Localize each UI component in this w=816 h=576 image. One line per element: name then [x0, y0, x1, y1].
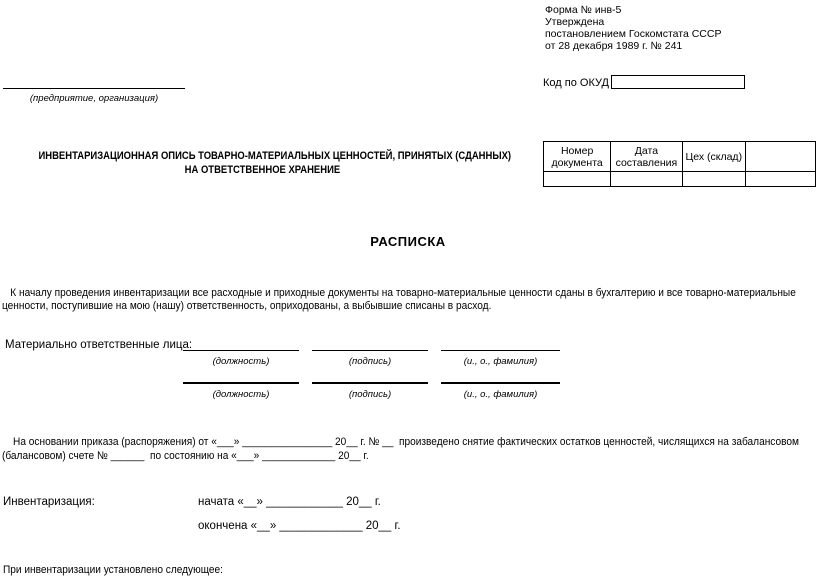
signature-caption-signature: (подпись) — [312, 389, 428, 400]
signature-slot-signature-1: (подпись) — [312, 350, 428, 367]
signature-line — [183, 350, 299, 351]
form-number-line: Форма № инв-5 — [545, 4, 721, 16]
document-info-table: Номер документа Дата составления Цех (ск… — [543, 141, 816, 187]
okud-code-field — [611, 75, 745, 89]
signature-line — [183, 382, 299, 384]
signature-slot-position-1: (должность) — [183, 350, 299, 367]
form-inv-5-page: Форма № инв-5 Утверждена постановлением … — [0, 0, 816, 576]
signature-line — [441, 350, 560, 351]
signature-line — [441, 382, 560, 384]
inventory-label: Инвентаризация: — [3, 496, 95, 508]
order-basis-line-2: (балансовом) счете № ______ по состоянию… — [2, 450, 799, 464]
signature-caption-signature: (подпись) — [312, 356, 428, 367]
order-basis-paragraph: На основании приказа (распоряжения) от «… — [2, 436, 816, 463]
organization-blank-line — [3, 88, 185, 89]
signature-caption-position: (должность) — [183, 356, 299, 367]
header-doc-date: Дата составления — [611, 142, 682, 172]
receipt-paragraph: К началу проведения инвентаризации все р… — [2, 287, 816, 313]
signature-slot-name-1: (и., о., фамилия) — [441, 350, 560, 367]
inventory-started-line: начата «__» ____________ 20__ г. — [198, 496, 381, 508]
approved-line: Утверждена — [545, 16, 721, 28]
receipt-heading: РАСПИСКА — [0, 234, 816, 249]
cell-doc-number — [544, 172, 611, 187]
receipt-paragraph-line-1: К началу проведения инвентаризации все р… — [2, 287, 796, 300]
organization-caption: (предприятие, организация) — [3, 93, 185, 104]
responsible-persons-label: Материально ответственные лица: — [5, 339, 192, 351]
receipt-paragraph-line-2: ценности, поступившие на мою (нашу) отве… — [2, 300, 796, 313]
signature-caption-name: (и., о., фамилия) — [441, 356, 560, 367]
title-line-1: ИНВЕНТАРИЗАЦИОННАЯ ОПИСЬ ТОВАРНО-МАТЕРИА… — [38, 149, 511, 163]
signature-line — [312, 382, 428, 384]
cell-doc-date — [611, 172, 682, 187]
decree-line: постановлением Госкомстата СССР — [545, 28, 721, 40]
okud-label: Код по ОКУД — [543, 77, 609, 89]
signature-line — [312, 350, 428, 351]
cell-warehouse — [682, 172, 745, 187]
findings-lead-in-text: При инвентаризации установлено следующее… — [3, 564, 223, 576]
signature-slot-position-2: (должность) — [183, 382, 299, 400]
signature-caption-position: (должность) — [183, 389, 299, 400]
title-line-2: НА ОТВЕТСТВЕННОЕ ХРАНЕНИЕ — [185, 163, 341, 177]
header-warehouse: Цех (склад) — [682, 142, 745, 172]
findings-lead-in: При инвентаризации установлено следующее… — [3, 564, 242, 576]
document-title: ИНВЕНТАРИЗАЦИОННАЯ ОПИСЬ ТОВАРНО-МАТЕРИА… — [0, 149, 525, 177]
form-reference-block: Форма № инв-5 Утверждена постановлением … — [545, 4, 721, 52]
inventory-finished-line: окончена «__» _____________ 20__ г. — [198, 520, 401, 532]
cell-extra — [745, 172, 815, 187]
signature-caption-name: (и., о., фамилия) — [441, 389, 560, 400]
header-doc-number: Номер документа — [544, 142, 611, 172]
decree-date-line: от 28 декабря 1989 г. № 241 — [545, 40, 721, 52]
signature-slot-signature-2: (подпись) — [312, 382, 428, 400]
order-basis-line-1: На основании приказа (распоряжения) от «… — [2, 436, 799, 450]
header-extra — [745, 142, 815, 172]
signature-slot-name-2: (и., о., фамилия) — [441, 382, 560, 400]
